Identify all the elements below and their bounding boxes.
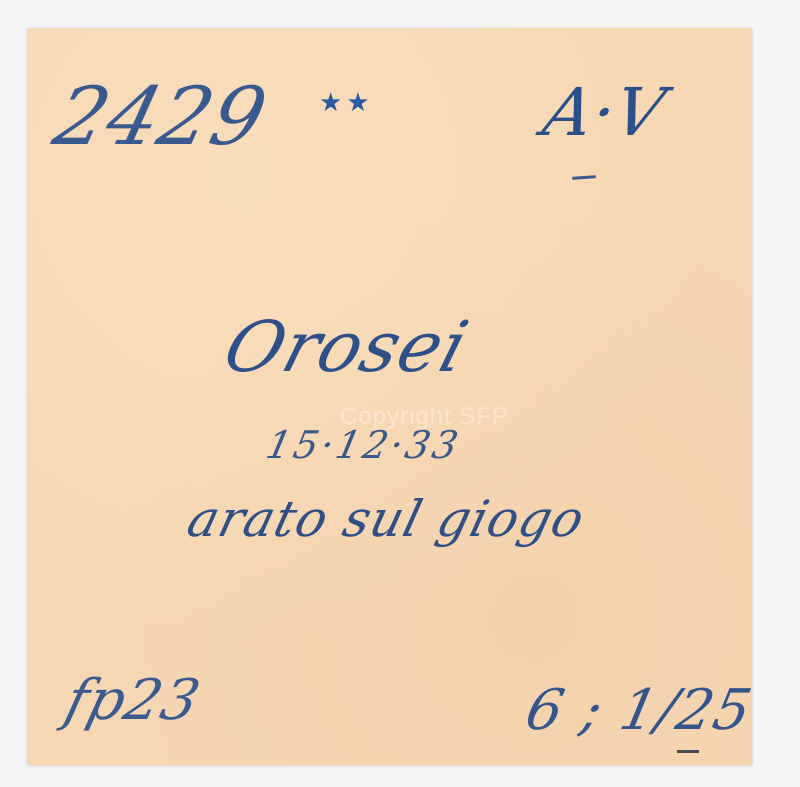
ratio-underline [677, 750, 699, 753]
place-name: Orosei [215, 306, 477, 388]
date: 15·12·33 [262, 423, 465, 467]
film-code: fp23 [59, 668, 207, 733]
initials-underline [572, 175, 596, 180]
star-marks-icon: ★★ [319, 88, 374, 118]
author-initials: A·V [537, 74, 673, 151]
description-note: arato sul giogo [182, 490, 591, 548]
index-card: 2429 ★★ A·V Orosei Copyright SFP 15·12·3… [27, 28, 752, 765]
catalog-number: 2429 [45, 70, 276, 163]
exposure-ratio: 6 ; 1/25 [520, 678, 758, 743]
